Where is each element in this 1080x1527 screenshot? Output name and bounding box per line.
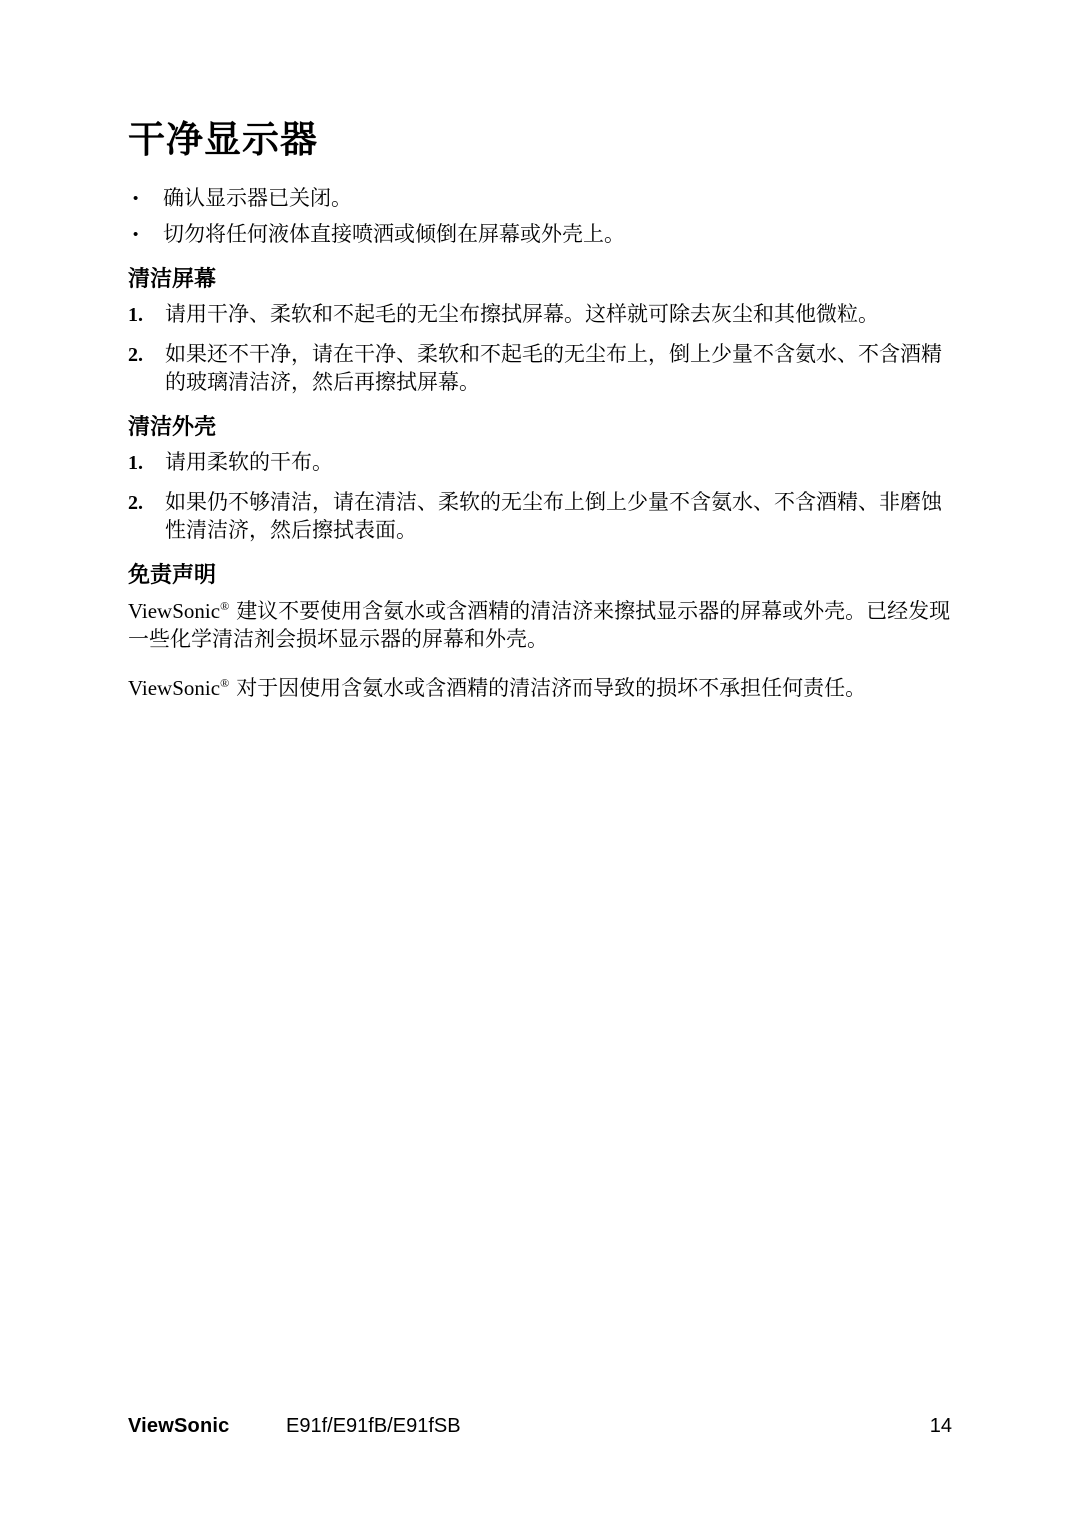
manual-page: 干净显示器 • 确认显示器已关闭。 • 切勿将任何液体直接喷洒或倾倒在屏幕或外壳… [0, 0, 1080, 1527]
step-text: 如果仍不够清洁，请在清洁、柔软的无尘布上倒上少量不含氨水、不含酒精、非磨蚀性清洁… [165, 489, 954, 545]
bullet-icon: • [128, 185, 163, 213]
list-item: • 切勿将任何液体直接喷洒或倾倒在屏幕或外壳上。 [128, 221, 954, 249]
clean-case-steps: 1. 请用柔软的干布。 2. 如果仍不够清洁，请在清洁、柔软的无尘布上倒上少量不… [128, 449, 954, 545]
section-heading-disclaimer: 免责声明 [128, 563, 954, 586]
clean-screen-steps: 1. 请用干净、柔软和不起毛的无尘布擦拭屏幕。这样就可除去灰尘和其他微粒。 2.… [128, 301, 954, 397]
step-text: 如果还不干净，请在干净、柔软和不起毛的无尘布上，倒上少量不含氨水、不含酒精的玻璃… [165, 341, 954, 397]
list-number: 2. [128, 489, 165, 545]
disclaimer-text: 建议不要使用含氨水或含酒精的清洁济来擦拭显示器的屏幕或外壳。已经发现一些化学清洁… [128, 600, 950, 651]
list-item: 1. 请用干净、柔软和不起毛的无尘布擦拭屏幕。这样就可除去灰尘和其他微粒。 [128, 301, 954, 329]
disclaimer-paragraph: ViewSonic®对于因使用含氨水或含酒精的清洁济而导致的损坏不承担任何责任。 [128, 674, 954, 703]
section-heading-clean-case: 清洁外壳 [128, 415, 954, 438]
bullet-icon: • [128, 221, 163, 249]
bullet-text: 切勿将任何液体直接喷洒或倾倒在屏幕或外壳上。 [163, 221, 954, 249]
list-item: 2. 如果仍不够清洁，请在清洁、柔软的无尘布上倒上少量不含氨水、不含酒精、非磨蚀… [128, 489, 954, 545]
list-item: • 确认显示器已关闭。 [128, 185, 954, 213]
page-footer: ViewSonic E91f/E91fB/E91fSB 14 [128, 1414, 952, 1438]
page-content: 干净显示器 • 确认显示器已关闭。 • 切勿将任何液体直接喷洒或倾倒在屏幕或外壳… [128, 118, 954, 723]
registered-trademark-icon: ® [220, 599, 229, 613]
list-item: 2. 如果还不干净，请在干净、柔软和不起毛的无尘布上，倒上少量不含氨水、不含酒精… [128, 341, 954, 397]
bullet-text: 确认显示器已关闭。 [163, 185, 954, 213]
disclaimer-paragraph: ViewSonic®建议不要使用含氨水或含酒精的清洁济来擦拭显示器的屏幕或外壳。… [128, 597, 954, 654]
section-heading-clean-screen: 清洁屏幕 [128, 267, 954, 290]
list-item: 1. 请用柔软的干布。 [128, 449, 954, 477]
footer-brand: ViewSonic [128, 1414, 286, 1438]
brand-name: ViewSonic® [128, 676, 229, 700]
precaution-bullet-list: • 确认显示器已关闭。 • 切勿将任何液体直接喷洒或倾倒在屏幕或外壳上。 [128, 185, 954, 249]
page-title: 干净显示器 [128, 118, 954, 162]
disclaimer-text: 对于因使用含氨水或含酒精的清洁济而导致的损坏不承担任何责任。 [236, 677, 866, 700]
list-number: 1. [128, 301, 165, 329]
footer-page-number: 14 [930, 1414, 952, 1438]
step-text: 请用柔软的干布。 [165, 449, 954, 477]
registered-trademark-icon: ® [220, 676, 229, 690]
brand-name: ViewSonic® [128, 599, 229, 623]
footer-model-numbers: E91f/E91fB/E91fSB [286, 1414, 930, 1438]
step-text: 请用干净、柔软和不起毛的无尘布擦拭屏幕。这样就可除去灰尘和其他微粒。 [165, 301, 954, 329]
list-number: 1. [128, 449, 165, 477]
list-number: 2. [128, 341, 165, 397]
